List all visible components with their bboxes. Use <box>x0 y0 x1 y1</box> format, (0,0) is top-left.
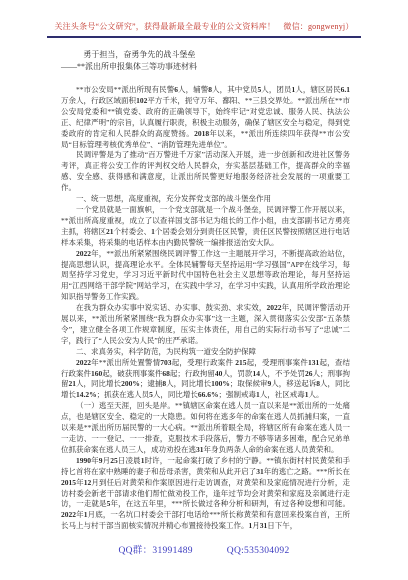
qq-number: QQ:535304092 <box>227 546 290 556</box>
document-body: **市公安局**派出所现有民警6人，辅警8人，其中党员5人，团员1人，辖区居民6… <box>61 85 350 532</box>
paragraph-statistics: 2022年**派出所处置警情703起，受理行政案件 215起，受理刑事案件131… <box>61 358 350 402</box>
qq-group-number: QQ群：31991489 <box>118 546 192 556</box>
header-promo-notice: 关注头条号“公文研究”，获得最新最全最专业的公文资料库！ 微信：gongweny… <box>47 21 361 38</box>
paragraph-workgroup: 一个党员就是一面旗帜，一个党支部就是一个战斗堡垒，民调评警工作开展以来，**派出… <box>61 205 350 249</box>
paragraph-intro: **市公安局**派出所现有民警6人，辅警8人，其中党员5人，团员1人，辖区居民6… <box>61 85 350 150</box>
paragraph-case-1990: 1990年9月25日凌晨1时许，一起命案打破了乡村的宁静。**镇东街村村民黄荣和… <box>61 456 350 532</box>
paragraph-fugitive: （一）逃至天涯，回头是岸。**镇辖区命案在逃人员一直以来是**派出所的一处痛点，… <box>61 401 350 456</box>
footer-contact: QQ群：31991489QQ:535304092 <box>0 542 408 556</box>
section-heading-2: 二、求真务实，科学防范，为民构筑一道安全防护保障 <box>61 347 350 358</box>
section-heading-1: 一、统一思想，高度重视，充分发挥党支部的战斗堡垒作用 <box>61 194 350 205</box>
document-page: 关注头条号“公文研究”，获得最新最全最专业的公文资料库！ 微信：gongweny… <box>0 0 408 580</box>
paragraph-mindiao: 民调评警是为了推动“百万警进千万家”活动深入开展，进一步创新和改进社区警务考评，… <box>61 150 350 194</box>
document-subtitle: ——**派出所申报集体三等功事迹材料 <box>61 61 350 73</box>
document-title: 勇于担当，奋勇争先的战斗堡垒 <box>61 49 350 61</box>
paragraph-study: 2022年，**派出所紧紧围绕民调评警工作这一主题展开学习，不断提高政治站位，提… <box>61 249 350 304</box>
paragraph-pledge: 在我为群众办实事中说实话、办实事、鼓实劲、求实效，2022年，民调评警活动开展以… <box>61 303 350 347</box>
title-block: 勇于担当，奋勇争先的战斗堡垒 ——**派出所申报集体三等功事迹材料 <box>61 49 350 73</box>
